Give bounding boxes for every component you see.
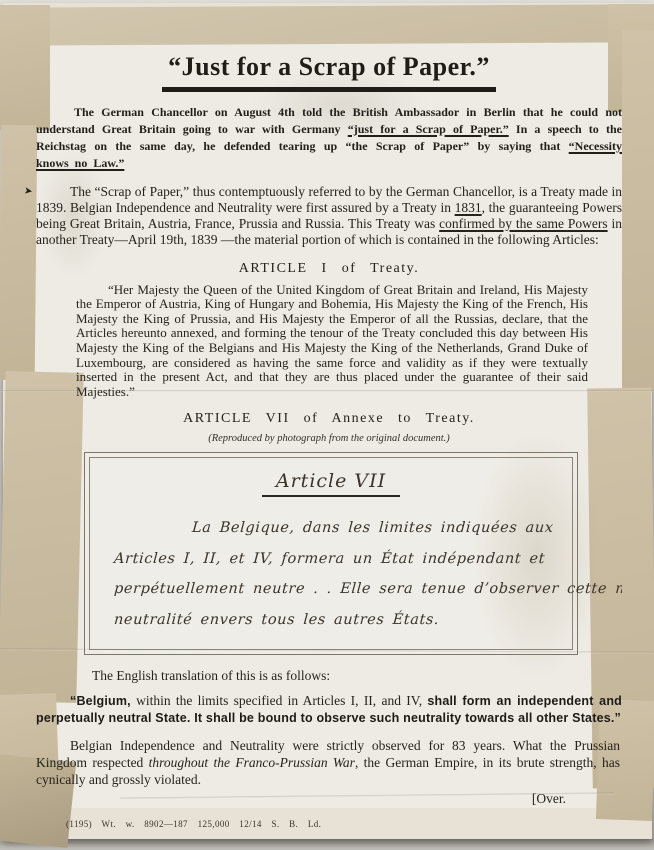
printer-imprint: (1195) Wt. w. 8902—187 125,000 12/14 S. … [66, 819, 622, 829]
title-block: “Just for a Scrap of Paper.” [36, 52, 622, 92]
printed-content: “Just for a Scrap of Paper.” The German … [36, 48, 622, 844]
facsimile-box: Article VII La Belgique, dans les limite… [84, 452, 578, 655]
handwritten-line: La Belgique, dans les limites indiquées … [105, 513, 557, 543]
translation-quote: “Belgium, within the limits specified in… [36, 692, 622, 727]
handwritten-line: Articles I, II, et IV, formera un État i… [105, 544, 557, 574]
tape-strip-top [16, 4, 640, 45]
closing-paragraph: Belgian Independence and Neutrality were… [36, 738, 620, 789]
handwritten-line: neutralité envers tous les autres États. [105, 605, 557, 635]
reproduction-note: (Reproduced by photograph from the origi… [36, 433, 622, 444]
scanned-document-photo: ➤ “Just for a Scrap of Paper.” The Germa… [0, 0, 654, 850]
article1-body: “Her Majesty the Queen of the United Kin… [76, 283, 588, 399]
closing-italic-franco-prussian: throughout the Franco-Prussian War [149, 755, 355, 770]
tape-strip-left-upper [0, 125, 37, 380]
handwritten-line: perpétuellement neutre . . Elle sera ten… [105, 574, 557, 604]
handwritten-title-block: Article VII [106, 470, 556, 497]
tape-strip-right-upper [622, 30, 654, 392]
background-underlined-1831: 1831 [455, 200, 482, 215]
translation-lead: The English translation of this is as fo… [92, 668, 622, 684]
handwritten-article-title: Article VII [262, 470, 400, 497]
intro-underlined-scrap-of-paper: “just for a Scrap of Paper.” [348, 122, 509, 136]
page-title: “Just for a Scrap of Paper.” [162, 52, 496, 92]
over-label: [Over. [36, 791, 566, 807]
quote-regular-text: within the limits specified in Articles … [131, 693, 428, 708]
quote-bold-belgium: “Belgium, [70, 694, 131, 708]
ink-arrow-mark-icon: ➤ [23, 185, 33, 197]
intro-paragraph: The German Chancellor on August 4th told… [36, 104, 622, 172]
background-paragraph: The “Scrap of Paper,” thus contemptuousl… [36, 184, 622, 248]
facsimile-inner-border: Article VII La Belgique, dans les limite… [89, 457, 573, 650]
article1-heading: ARTICLE I of Treaty. [36, 261, 622, 277]
article7-heading: ARTICLE VII of Annexe to Treaty. [36, 411, 622, 427]
background-underlined-confirmed: confirmed by the same Powers [439, 216, 607, 231]
